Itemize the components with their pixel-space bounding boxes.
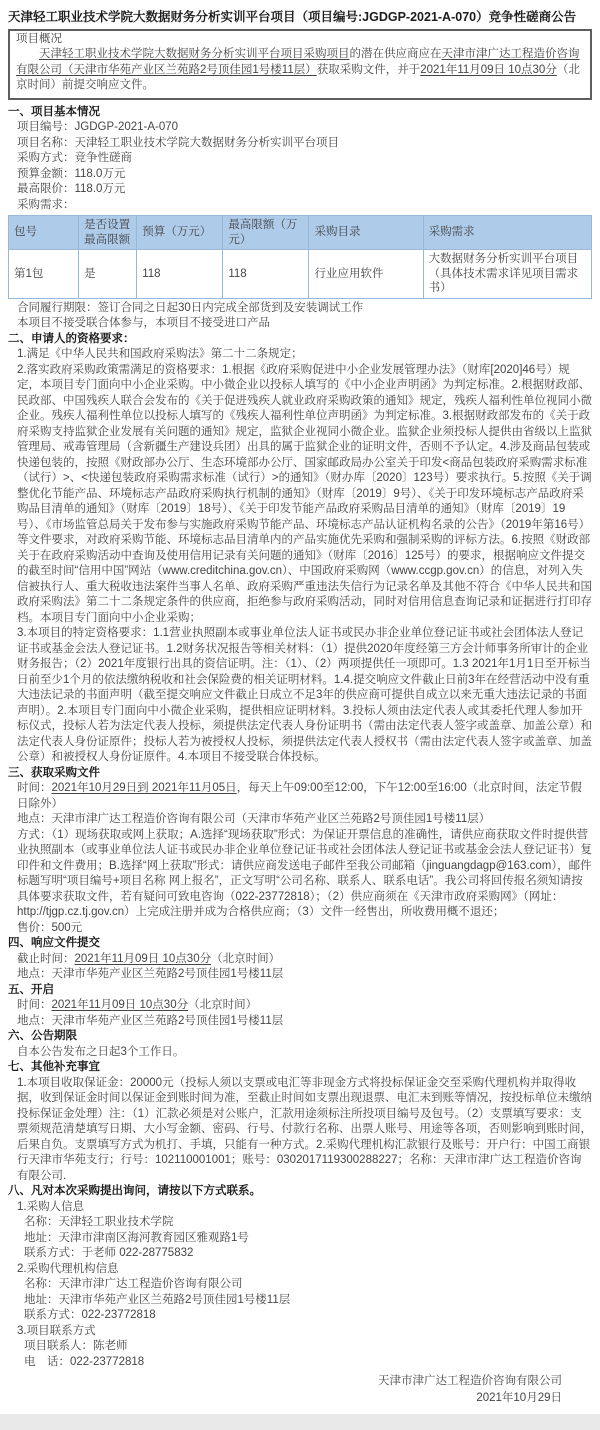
overview-paragraph: 天津轻工职业技术学院大数据财务分析实训平台项目采购项目的潜在供应商应在天津市津广… [16, 47, 584, 94]
text-line: 采购需求： [8, 198, 592, 214]
text-segment: 地址：天津市华苑产业区兰苑路2号顶佳园1号楼11层 [24, 1294, 290, 1306]
text-line: 电 话：022-23772818 [8, 1355, 592, 1371]
text-segment: 1.本项目收取保证金：20000元（投标人须以支票或电汇等非现金方式将投标保证金… [17, 1077, 592, 1182]
text-segment: 电 话：022-23772818 [24, 1356, 144, 1368]
signature-date: 2021年10月29日 [8, 1390, 562, 1407]
overview-text-segment: 2021年11月09日 10点30分 [420, 64, 557, 76]
overview-text-segment: 获取采购文件，并于 [317, 64, 421, 76]
table-header-cell: 最高限额（万元） [223, 216, 309, 250]
overview-text-segment: 天津轻工职业技术学院大数据财务分析实训平台项目采购项目 [39, 48, 350, 60]
text-segment: 联系方式：于老师 022-28775832 [24, 1247, 193, 1259]
text-segment: 3.本项目的特定资格要求：1.1营业执照副本或事业单位法人证书或民办非企业单位登… [17, 627, 592, 763]
sections-container: 一、项目基本情况项目编号：JGDGP-2021-A-070项目名称：天津轻工职业… [8, 105, 592, 1371]
text-segment: 2.采购代理机构信息 [17, 1263, 119, 1275]
text-segment: 自本公告发布之日起3个工作日。 [17, 1046, 184, 1058]
text-segment: 名称：天津轻工职业技术学院 [24, 1216, 174, 1228]
text-segment: 1.满足《中华人民共和国政府采购法》第二十二条规定； [17, 348, 303, 360]
text-line: 1.满足《中华人民共和国政府采购法》第二十二条规定； [8, 347, 592, 363]
text-segment: （北京时间） [211, 953, 280, 965]
text-segment: 2021年10月29日到 2021年11月05日 [52, 782, 237, 794]
text-segment: 时间： [17, 782, 52, 794]
text-line: 名称：天津轻工职业技术学院 [8, 1215, 592, 1231]
text-line: 地点：天津市津广达工程造价咨询有限公司（天津市华苑产业区兰苑路2号顶佳园1号楼1… [8, 812, 592, 828]
text-line: 名称：天津市津广达工程造价咨询有限公司 [8, 1277, 592, 1293]
table-header-cell: 采购目录 [309, 216, 423, 250]
table-cell: 118 [223, 250, 309, 299]
table-cell: 118 [137, 250, 223, 299]
text-line: 自本公告发布之日起3个工作日。 [8, 1045, 592, 1061]
text-line: 项目编号：JGDGP-2021-A-070 [8, 120, 592, 136]
text-line: 地址：天津市津南区海河教育园区雅观路1号 [8, 1231, 592, 1247]
text-segment: 项目联系人：陈老师 [24, 1340, 128, 1352]
section-heading: 八、凡对本次采购提出询问，请按以下方式联系。 [8, 1184, 592, 1200]
table-header-cell: 是否设置最高限额 [79, 216, 137, 250]
text-line: 最高限价：118.0万元 [8, 182, 592, 198]
text-segment: 项目名称：天津轻工职业技术学院大数据财务分析实训平台项目 [17, 137, 339, 149]
text-line: 时间：2021年10月29日到 2021年11月05日，每天上午09:00至12… [8, 781, 592, 812]
section-heading: 二、申请人的资格要求： [8, 332, 592, 348]
text-line: 预算金额：118.0万元 [8, 167, 592, 183]
page-title: 天津轻工职业技术学院大数据财务分析实训平台项目（项目编号:JGDGP-2021-… [8, 7, 592, 25]
signature-block: 天津市津广达工程造价咨询有限公司 2021年10月29日 [8, 1370, 592, 1412]
text-segment: 地点：天津市华苑产业区兰苑路2号顶佳园1号楼11层 [17, 968, 283, 980]
text-segment: （北京时间） [188, 999, 257, 1011]
text-segment: 项目编号：JGDGP-2021-A-070 [17, 121, 178, 133]
text-line: 联系方式：022-23772818 [8, 1308, 592, 1324]
text-line: 方式：（1）现场获取或网上获取；A.选择“现场获取”形式：为保证开票信息的准确性… [8, 828, 592, 921]
text-segment: 本项目不接受联合体参与，本项目不接受进口产品 [17, 317, 270, 329]
text-line: 地址：天津市华苑产业区兰苑路2号顶佳园1号楼11层 [8, 1293, 592, 1309]
text-line: 地点：天津市华苑产业区兰苑路2号顶佳园1号楼11层 [8, 967, 592, 983]
text-line: 2.落实政府采购政策需满足的资格要求：1.根据《政府采购促进中小企业发展管理办法… [8, 363, 592, 627]
text-line: 联系方式：于老师 022-28775832 [8, 1246, 592, 1262]
text-line: 3.项目联系方式 [8, 1324, 592, 1340]
page-bottom-strip [0, 1414, 600, 1430]
table-header-row: 包号是否设置最高限额预算（万元）最高限额（万元）采购目录采购需求 [9, 216, 592, 250]
text-line: 项目名称：天津轻工职业技术学院大数据财务分析实训平台项目 [8, 136, 592, 152]
text-line: 地点：天津市华苑产业区兰苑路2号顶佳园1号楼11层 [8, 1014, 592, 1030]
announcement-page: 天津轻工职业技术学院大数据财务分析实训平台项目（项目编号:JGDGP-2021-… [0, 0, 600, 1412]
text-line: 截止时间：2021年11月09日 10点30分（北京时间） [8, 952, 592, 968]
section-heading: 六、公告期限 [8, 1029, 592, 1045]
text-line: 1.本项目收取保证金：20000元（投标人须以支票或电汇等非现金方式将投标保证金… [8, 1076, 592, 1185]
text-segment: 时间： [17, 999, 52, 1011]
text-segment: 最高限价：118.0万元 [17, 183, 125, 195]
text-segment: 售价：500元 [17, 922, 82, 934]
text-segment: 名称：天津市津广达工程造价咨询有限公司 [24, 1278, 243, 1290]
table-header-cell: 采购需求 [423, 216, 591, 250]
table-cell: 是 [79, 250, 137, 299]
section-heading: 三、获取采购文件 [8, 766, 592, 782]
text-segment: 3.项目联系方式 [17, 1325, 96, 1337]
section-heading: 五、开启 [8, 983, 592, 999]
text-line: 项目联系人：陈老师 [8, 1339, 592, 1355]
overview-text-segment: 的潜在供应商应在 [350, 48, 442, 60]
table-cell: 第1包 [9, 250, 79, 299]
text-line: 本项目不接受联合体参与，本项目不接受进口产品 [8, 316, 592, 332]
text-segment: 方式：（1）现场获取或网上获取；A.选择“现场获取”形式：为保证开票信息的准确性… [17, 829, 592, 919]
text-line: 2.采购代理机构信息 [8, 1262, 592, 1278]
text-segment: 2021年11月09日 10点30分 [52, 999, 189, 1011]
text-segment: 地点：天津市津广达工程造价咨询有限公司（天津市华苑产业区兰苑路2号顶佳园1号楼1… [17, 813, 490, 825]
procurement-requirements-table: 包号是否设置最高限额预算（万元）最高限额（万元）采购目录采购需求第1包是1181… [8, 215, 592, 299]
text-line: 3.本项目的特定资格要求：1.1营业执照副本或事业单位法人证书或民办非企业单位登… [8, 626, 592, 766]
table-header-cell: 预算（万元） [137, 216, 223, 250]
text-segment: 采购需求： [17, 199, 75, 211]
text-line: 售价：500元 [8, 921, 592, 937]
text-segment: 2.落实政府采购政策需满足的资格要求：1.根据《政府采购促进中小企业发展管理办法… [17, 364, 592, 624]
text-segment: 2021年11月09日 10点30分 [75, 953, 212, 965]
table-row: 第1包是118118行业应用软件大数据财务分析实训平台项目（具体技术需求详见项目… [9, 250, 592, 299]
text-segment: 1.采购人信息 [17, 1201, 84, 1213]
section-heading: 四、响应文件提交 [8, 936, 592, 952]
section-heading: 一、项目基本情况 [8, 105, 592, 121]
table-header-cell: 包号 [9, 216, 79, 250]
text-segment: 采购方式：竞争性磋商 [17, 152, 132, 164]
signature-company: 天津市津广达工程造价咨询有限公司 [8, 1373, 562, 1390]
text-line: 合同履行期限：签订合同之日起30日内完成全部货到及安装调试工作 [8, 301, 592, 317]
text-segment: 预算金额：118.0万元 [17, 168, 125, 180]
text-segment: 合同履行期限：签订合同之日起30日内完成全部货到及安装调试工作 [17, 302, 363, 314]
text-line: 采购方式：竞争性磋商 [8, 151, 592, 167]
text-segment: 截止时间： [17, 953, 75, 965]
overview-label: 项目概况 [16, 32, 584, 47]
text-segment: 联系方式：022-23772818 [24, 1309, 156, 1321]
project-overview-box: 项目概况 天津轻工职业技术学院大数据财务分析实训平台项目采购项目的潜在供应商应在… [8, 29, 592, 100]
text-segment: 地点：天津市华苑产业区兰苑路2号顶佳园1号楼11层 [17, 1015, 283, 1027]
table-cell: 行业应用软件 [309, 250, 423, 299]
text-line: 1.采购人信息 [8, 1200, 592, 1216]
text-segment: 地址：天津市津南区海河教育园区雅观路1号 [24, 1232, 249, 1244]
table-cell: 大数据财务分析实训平台项目（具体技术需求详见项目需求书） [423, 250, 591, 299]
text-line: 时间：2021年11月09日 10点30分（北京时间） [8, 998, 592, 1014]
section-heading: 七、其他补充事宜 [8, 1060, 592, 1076]
